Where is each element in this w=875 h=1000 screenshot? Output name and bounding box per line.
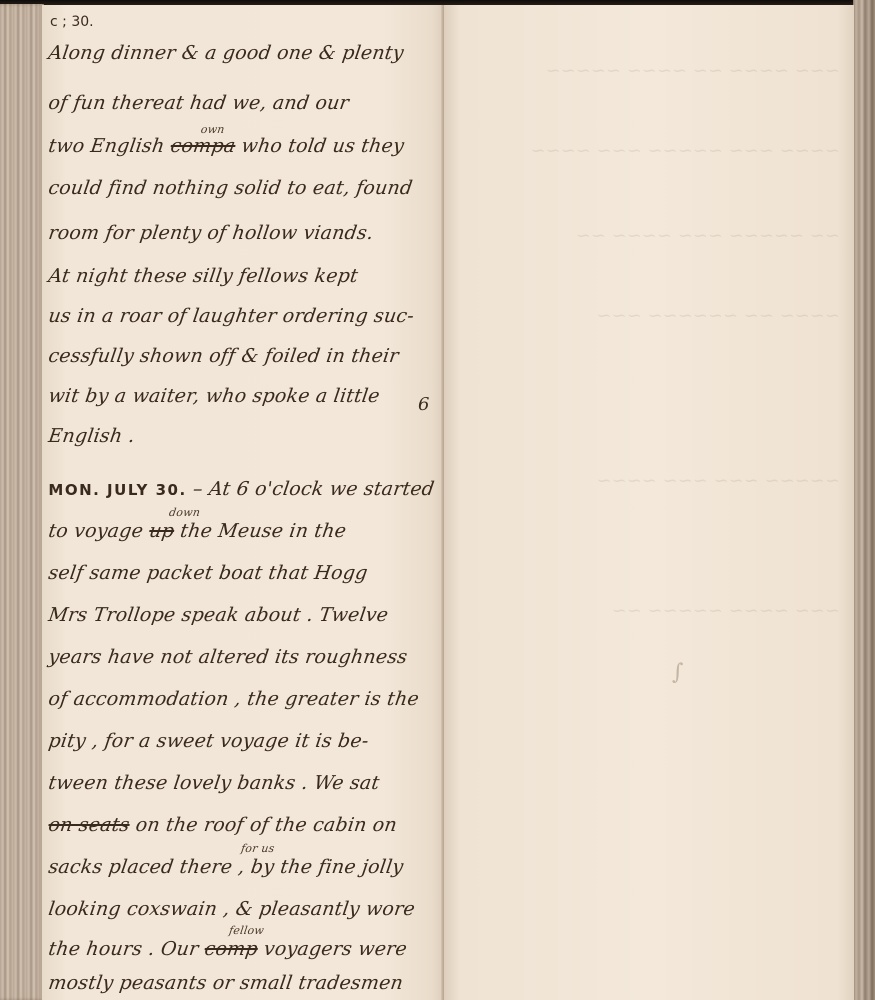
struck-word: on seats	[47, 814, 131, 836]
bleed-through-text: ~~~~ ~~~ ~~~~~ ~~~ ~~~~	[460, 140, 840, 161]
handwritten-line: English .	[47, 425, 442, 447]
left-page-edges	[0, 4, 44, 1000]
bleed-through-text: ~~ ~~~~~ ~~~ ~~~~ ~~	[460, 225, 840, 246]
bleed-through-text: ~~~~~ ~~~ ~~~ ~~~~	[460, 470, 840, 491]
handwritten-line: Mrs Trollope speak about . Twelve	[47, 604, 442, 626]
handwritten-line: room for plenty of hollow viands.	[47, 222, 442, 244]
stray-pencil-mark: ∫	[672, 660, 683, 685]
handwritten-line: of fun thereat had we, and our	[47, 92, 442, 114]
bleed-through-text: ~~~ ~~~~ ~~ ~~~~ ~~~~~	[460, 60, 840, 81]
handwritten-text: two English	[47, 135, 172, 157]
handwritten-text: to voyage	[47, 520, 151, 542]
handwritten-line: mostly peasants or small tradesmen	[47, 972, 442, 994]
handwritten-line: to voyage up the Meuse in the down	[47, 520, 442, 542]
handwritten-line: us in a roar of laughter ordering suc-	[47, 305, 442, 327]
folio-number: 6	[418, 394, 429, 415]
date-heading: MON. JULY 30.	[48, 481, 186, 499]
page-reference: c ; 30.	[50, 14, 94, 30]
handwritten-line: years have not altered its roughness	[47, 646, 442, 668]
handwritten-line: cessfully shown off & foiled in their	[47, 345, 442, 367]
handwritten-line: could find nothing solid to eat, found	[47, 177, 442, 199]
open-notebook: c ; 30. Along dinner & a good one & plen…	[0, 0, 875, 1000]
handwritten-line: looking coxswain , & pleasantly wore	[47, 898, 442, 920]
struck-word: compa	[169, 135, 237, 157]
handwritten-line: sacks placed there , by the fine jolly f…	[47, 856, 442, 878]
handwritten-line: wit by a waiter, who spoke a little	[47, 385, 442, 407]
handwritten-line: two English compa who told us they own	[47, 135, 442, 157]
handwritten-line: Along dinner & a good one & plenty	[47, 42, 442, 64]
struck-word: up	[148, 520, 176, 542]
handwritten-text: the hours . Our	[47, 938, 206, 960]
handwritten-line: of accommodation , the greater is the	[47, 688, 442, 710]
handwritten-line: on seats on the roof of the cabin on	[47, 814, 442, 836]
handwritten-text: – At 6 o'clock we started	[192, 478, 436, 500]
handwritten-text: on the roof of the cabin on	[128, 814, 398, 836]
handwritten-text: the Meuse in the	[173, 520, 348, 542]
handwritten-text: who told us they	[234, 135, 406, 157]
inserted-word: fellow	[228, 924, 265, 937]
handwritten-line: self same packet boat that Hogg	[47, 562, 442, 584]
handwritten-line: pity , for a sweet voyage it is be-	[47, 730, 442, 752]
handwritten-text: sacks placed there , by the fine jolly	[47, 856, 405, 878]
handwritten-line: tween these lovely banks . We sat	[47, 772, 442, 794]
entry-date-line: MON. JULY 30. – At 6 o'clock we started	[47, 478, 442, 500]
right-page-edges	[853, 0, 875, 1000]
inserted-word: down	[168, 506, 201, 519]
handwritten-line: At night these silly fellows kept	[47, 265, 442, 287]
handwritten-line: the hours . Our comp voyagers were fello…	[47, 938, 442, 960]
bleed-through-text: ~~~ ~~~~ ~~~~~ ~~	[460, 600, 840, 621]
bleed-through-text: ~~~~ ~~ ~~~~~~ ~~~	[460, 305, 840, 326]
inserted-word: own	[200, 123, 226, 136]
struck-word: comp	[203, 938, 259, 960]
handwritten-text: voyagers were	[256, 938, 408, 960]
inserted-word: for us	[240, 842, 275, 855]
